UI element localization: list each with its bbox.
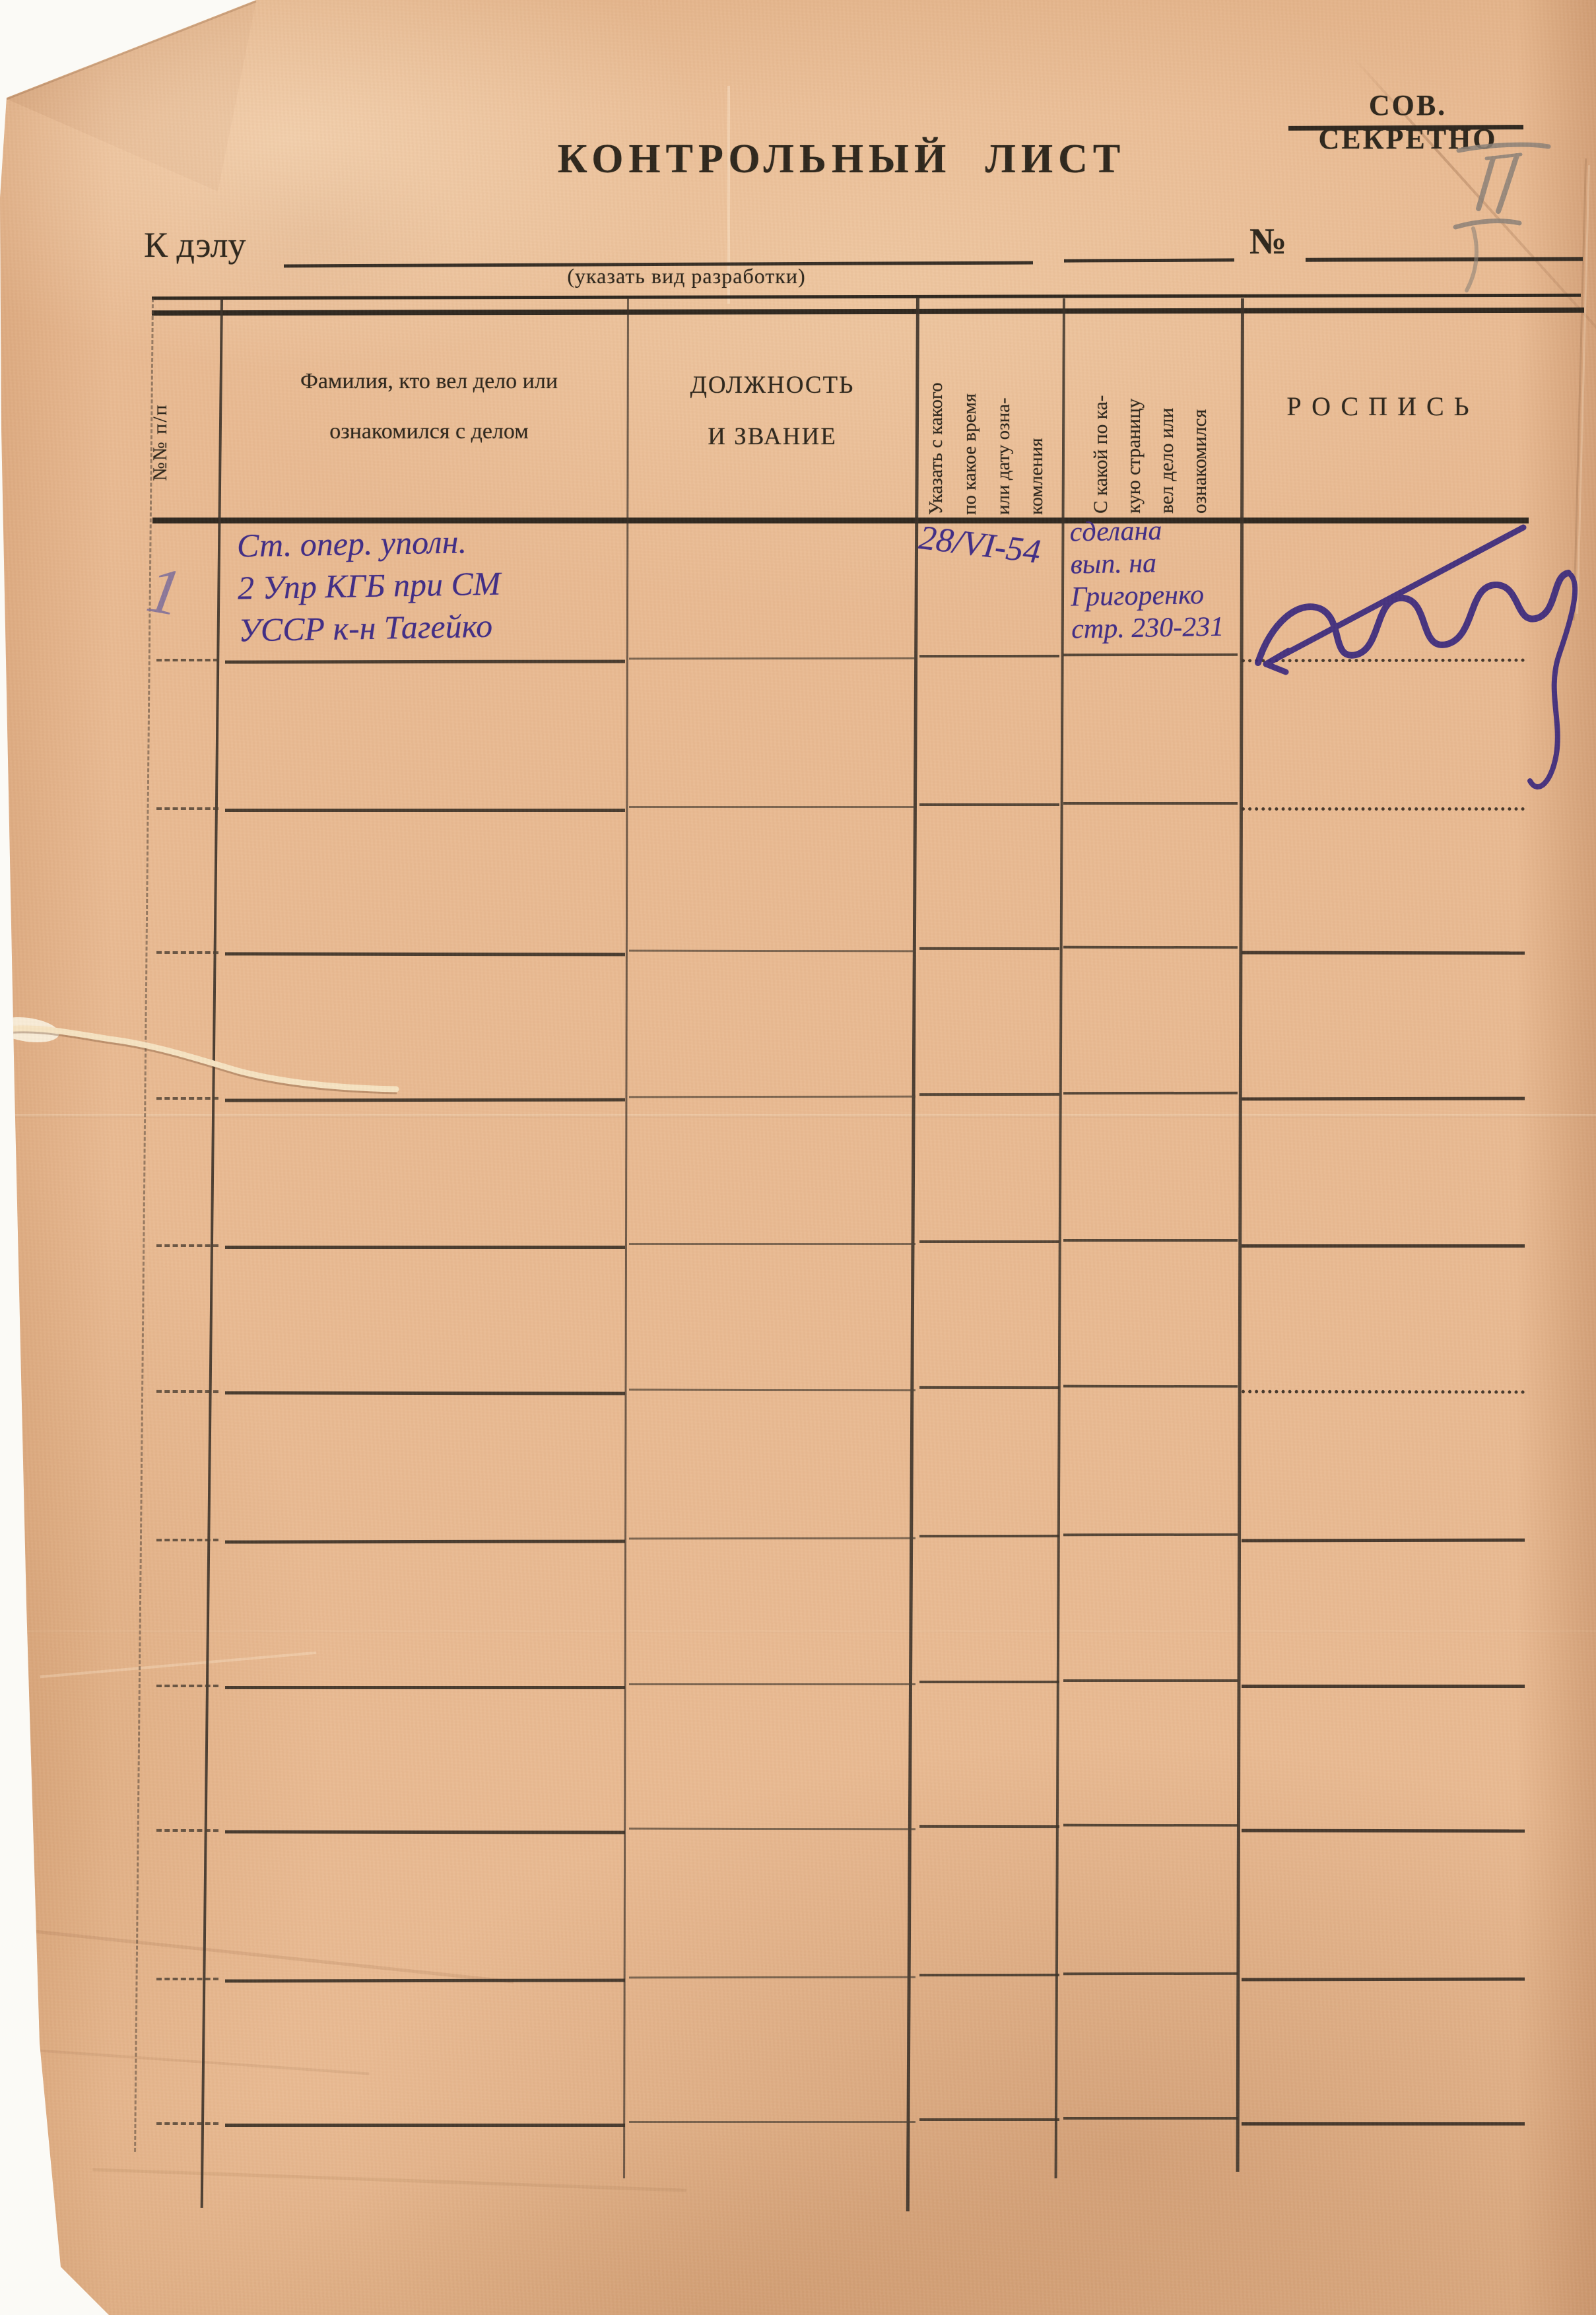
table-line (152, 294, 1581, 300)
number-fill-line (1306, 257, 1583, 261)
table-line (225, 1539, 625, 1543)
table-line (1063, 1239, 1238, 1242)
table-line (629, 1828, 915, 1830)
table-line (1242, 1244, 1525, 1248)
case-hint: (указать вид разработки) (502, 264, 871, 288)
table-line (629, 950, 915, 953)
table-line (225, 1978, 625, 1982)
paper-sheet: СОВ. СЕКРЕТНО КОНТРОЛЬНЫЙ ЛИСТ К дэлу (у… (0, 0, 1596, 2315)
table-line (629, 657, 915, 660)
table-line (156, 1244, 218, 1247)
table-line (1242, 1829, 1525, 1833)
column-header-num: №№ п/п (134, 343, 187, 541)
fold-line-middle (0, 1114, 1596, 1118)
table-line (156, 1539, 218, 1541)
crease-right-highlight (1576, 165, 1590, 614)
ink-and-damage-overlay (0, 0, 1596, 2315)
table-line (156, 2122, 218, 2125)
table-line (919, 1093, 1059, 1096)
table-line (1242, 807, 1525, 811)
column-header-pages: С какой по ка- кую страницу вел дело или… (1084, 302, 1216, 514)
crumple-line (40, 1652, 317, 1679)
table-line (919, 1974, 1059, 1976)
table-line (1242, 1539, 1525, 1543)
table-line (1242, 2122, 1525, 2126)
fold-line-lower (0, 1630, 1596, 1633)
table-line (919, 1825, 1059, 1828)
corner-fold (0, 0, 264, 198)
table-line (919, 655, 1059, 657)
signature-flourish (1258, 527, 1575, 787)
table-line (1063, 654, 1238, 656)
table-line (1055, 298, 1065, 2178)
table-line (156, 1685, 218, 1687)
entry-date: 28/VI-54 (917, 518, 1043, 572)
crumple-line (92, 2168, 686, 2192)
table-line (1063, 802, 1238, 805)
table-line (1242, 951, 1525, 955)
table-line (1063, 1533, 1238, 1536)
table-line (629, 806, 915, 808)
case-fill-line (1064, 258, 1234, 262)
case-label: К дэлу (144, 224, 246, 265)
table-line (629, 1976, 915, 1979)
crease-right-edge (1573, 158, 1587, 621)
table-line (1242, 1097, 1525, 1101)
table-line (919, 1535, 1059, 1537)
classification-stamp: СОВ. СЕКРЕТНО (1287, 88, 1529, 156)
table-line (1063, 1824, 1238, 1827)
table-line (629, 1243, 915, 1245)
column-header-signature: РОСПИСЬ (1244, 391, 1521, 422)
table-line (225, 659, 625, 663)
table-line (156, 1829, 218, 1832)
table-line (1063, 1679, 1238, 1682)
table-line (1242, 659, 1525, 663)
table-line (629, 1683, 915, 1685)
table-line (225, 952, 625, 956)
table-line (156, 1978, 218, 1980)
table-line (152, 308, 1584, 316)
table-line (906, 298, 919, 2211)
table-line (1063, 1092, 1238, 1094)
table-line (919, 803, 1059, 806)
table-line (156, 807, 218, 810)
table-line (919, 1386, 1059, 1389)
table-line (225, 1246, 625, 1249)
column-header-dates: Указать с какого по какое время или дату… (919, 297, 1058, 515)
table-line (225, 1391, 625, 1395)
table-line (225, 2124, 625, 2127)
page-title: КОНТРОЛЬНЫЙ ЛИСТ (538, 136, 1145, 183)
table-line (919, 1681, 1059, 1683)
table-line (629, 2121, 915, 2123)
table-line (156, 951, 218, 954)
entry-name: Ст. опер. уполн. 2 Упр КГБ при СМ УССР к… (236, 516, 727, 652)
table-line (919, 1240, 1059, 1243)
table-line (156, 659, 218, 661)
crumple-line (1, 2046, 370, 2075)
table-line (156, 1097, 218, 1100)
table-line (1063, 1972, 1238, 1975)
table-line (201, 298, 223, 2208)
pencil-page-numeral (1455, 145, 1548, 290)
table-line (1063, 1385, 1238, 1388)
table-line (629, 1389, 915, 1392)
table-line (156, 1390, 218, 1393)
table-line (225, 1686, 625, 1689)
table-line (1242, 1390, 1525, 1394)
paper-tear (0, 1013, 396, 1980)
entry-row-number: 1 (141, 551, 187, 632)
table-line (225, 1098, 625, 1102)
entry-pages: сделана вып. на Григоренко стр. 230-231 (1069, 513, 1269, 646)
table-line (629, 1096, 915, 1098)
crumple-line (15, 1928, 514, 1983)
table-line (1242, 1685, 1525, 1688)
table-line (629, 1537, 915, 1540)
table-line (225, 809, 625, 812)
column-header-position: ДОЛЖНОСТЬ И ЗВАНИЕ (634, 360, 911, 463)
table-line (225, 1830, 625, 1834)
scanned-document: { "document": { "classification": "СОВ. … (0, 0, 1596, 2315)
column-header-name: Фамилия, кто вел дело или ознакомился с … (244, 356, 614, 457)
table-line (1242, 1978, 1525, 1982)
number-label: № (1249, 220, 1286, 263)
table-line (919, 2118, 1059, 2121)
table-line (1063, 946, 1238, 949)
table-line (919, 947, 1059, 950)
table-line (1063, 2117, 1238, 2120)
